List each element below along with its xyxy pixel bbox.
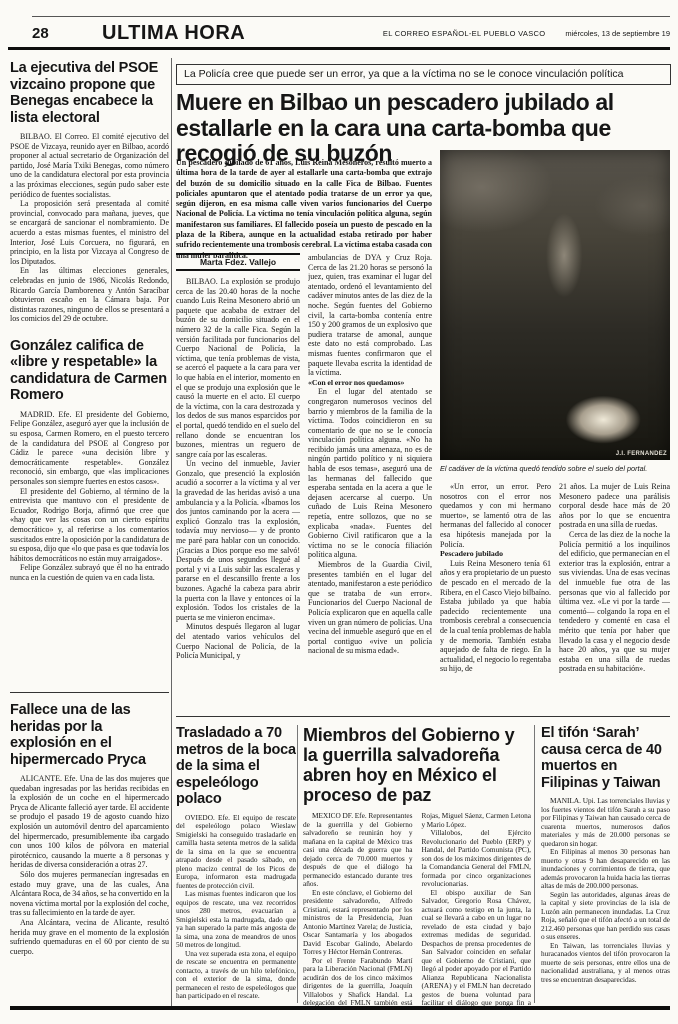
article-paragraph: BILBAO. El Correo. El comité ejecutivo d… (10, 132, 169, 199)
article-headline: El tifón ‘Sarah’ causa cerca de 40 muert… (541, 725, 670, 791)
article-paragraph: En Filipinas al menos 30 personas han mu… (541, 848, 670, 891)
article-psoe-list: La ejecutiva del PSOE vizcaino propone q… (10, 60, 169, 324)
page-number: 28 (32, 25, 84, 42)
article-body: OVIEDO. Efe. El equipo de rescate del es… (176, 814, 296, 1001)
article-pryca: Fallece una de las heridas por la explos… (10, 702, 169, 1014)
masthead-rule (8, 47, 670, 50)
newspaper-name: EL CORREO ESPAÑOL-EL PUEBLO VASCO (383, 29, 545, 38)
article-paragraph: MADRID. Efe. El presidente del Gobierno,… (10, 410, 169, 487)
article-headline: Fallece una de las heridas por la explos… (10, 702, 169, 768)
left-column: La ejecutiva del PSOE vizcaino propone q… (10, 58, 169, 1016)
section-rule (10, 692, 169, 693)
article-headline: Trasladado a 70 metros de la boca de la … (176, 725, 296, 808)
newspaper-page: 28 ULTIMA HORA EL CORREO ESPAÑOL-EL PUEB… (0, 0, 678, 1024)
article-paragraph: Un vecino del inmueble, Javier Gonzalo, … (176, 459, 300, 622)
article-body: BILBAO. El Correo. El comité ejecutivo d… (10, 132, 169, 324)
article-body: MEXICO DF. Efe. Representantes de la gue… (303, 812, 531, 1007)
page-bottom-rule (10, 1006, 670, 1010)
article-paragraph: OVIEDO. Efe. El equipo de rescate del es… (176, 814, 296, 891)
article-body: MADRID. Efe. El presidente del Gobierno,… (10, 410, 169, 583)
section-rule (176, 716, 670, 717)
top-rule (32, 16, 670, 17)
kicker: La Policía cree que puede ser un error, … (176, 64, 671, 85)
article-paragraph: MEXICO DF. Efe. Representantes de la gue… (303, 812, 413, 889)
body-column-3: «Un error, un error. Pero nosotros con e… (440, 482, 551, 711)
article-paragraph: En este cónclave, el Gobierno del presid… (303, 889, 413, 957)
body-column-2: ambulancias de DYA y Cruz Roja. Cerca de… (308, 253, 432, 711)
article-body: ALICANTE. Efe. Una de las dos mujeres qu… (10, 774, 169, 956)
article-headline: González califica de «libre y respetable… (10, 338, 169, 404)
article-paragraph: Villalobos, del Ejército Revolucionario … (422, 829, 532, 889)
article-paragraph: Una vez superada esta zona, el equipo de… (176, 950, 296, 1001)
body-column-4: 21 años. La mujer de Luis Reina Mesonero… (559, 482, 670, 711)
article-paragraph: BILBAO. La explosión se produjo cerca de… (176, 277, 300, 459)
article-body: MANILA. Upi. Las torrenciales lluvias y … (541, 797, 670, 984)
article-paragraph: Las mismas fuentes indicaron que los equ… (176, 890, 296, 950)
article-headline: La ejecutiva del PSOE vizcaino propone q… (10, 60, 169, 126)
photo-credit: J.I. FERNANDEZ (616, 451, 667, 457)
edition-date: miércoles, 13 de septiembre 19 (565, 29, 670, 38)
section-title: ULTIMA HORA (102, 22, 245, 45)
article-paragraph: 21 años. La mujer de Luis Reina Mesonero… (559, 482, 670, 530)
article-tifon-sarah: El tifón ‘Sarah’ causa cerca de 40 muert… (541, 725, 670, 1007)
article-paragraph: En Taiwan, las torrenciales lluvias y hu… (541, 942, 670, 985)
article-paragraph: Ana Alcántara, vecina de Alicante, resul… (10, 918, 169, 956)
column-rule (534, 725, 535, 1003)
article-paragraph: Minutos después llegaron al lugar del at… (176, 622, 300, 660)
body-column-1: BILBAO. La explosión se produjo cerca de… (176, 277, 300, 711)
article-paragraph: El presidente del Gobierno, al término d… (10, 487, 169, 564)
article-paragraph: Felipe González subrayó que él no ha ent… (10, 563, 169, 582)
article-paragraph: En las últimas elecciones generales, cel… (10, 266, 169, 324)
left-column-top: La ejecutiva del PSOE vizcaino propone q… (10, 60, 169, 583)
lead-paragraph: Un pescadero jubilado de 61 años, Luis R… (176, 158, 432, 258)
photo-caption: El cadáver de la víctima quedó tendido s… (440, 464, 670, 473)
article-gonzalez-romero: González califica de «libre y respetable… (10, 338, 169, 583)
article-paragraph: Luis Reina Mesonero tenía 61 años y era … (440, 559, 551, 674)
article-paragraph: Cerca de las diez de la noche la Policía… (559, 530, 670, 674)
article-paragraph: MANILA. Upi. Las torrenciales lluvias y … (541, 797, 670, 848)
article-paragraph: Según las autoridades, algunas áreas de … (541, 891, 670, 942)
article-espeleologo: Trasladado a 70 metros de la boca de la … (176, 725, 296, 1007)
article-headline: Miembros del Gobierno y la guerrilla sal… (303, 725, 531, 805)
article-paragraph: La proposición será presentada al comité… (10, 199, 169, 266)
masthead: 28 ULTIMA HORA EL CORREO ESPAÑOL-EL PUEB… (32, 20, 670, 46)
article-paragraph: «Un error, un error. Pero nosotros con e… (440, 482, 551, 549)
byline: Marta Fdez. Vallejo (176, 253, 300, 271)
subhead: «Con el error nos quedamos» (308, 378, 432, 388)
article-paragraph: ambulancias de DYA y Cruz Roja. Cerca de… (308, 253, 432, 378)
main-article: La Policía cree que puede ser un error, … (176, 58, 670, 1006)
article-paragraph: Miembros de la Guardia Civil, presentes … (308, 560, 432, 656)
crime-scene-photo: J.I. FERNANDEZ (440, 150, 670, 460)
article-paragraph: El obispo auxiliar de San Salvador, Greg… (422, 889, 532, 1008)
article-paragraph: ALICANTE. Efe. Una de las dos mujeres qu… (10, 774, 169, 870)
column-rule (297, 725, 298, 1003)
article-salvador: Miembros del Gobierno y la guerrilla sal… (303, 725, 531, 1007)
subhead: Pescadero jubilado (440, 549, 551, 559)
column-rule (171, 58, 172, 1006)
article-paragraph: En el lugar del atentado se congregaron … (308, 387, 432, 560)
article-paragraph: Sólo dos mujeres permanecían ingresadas … (10, 870, 169, 918)
